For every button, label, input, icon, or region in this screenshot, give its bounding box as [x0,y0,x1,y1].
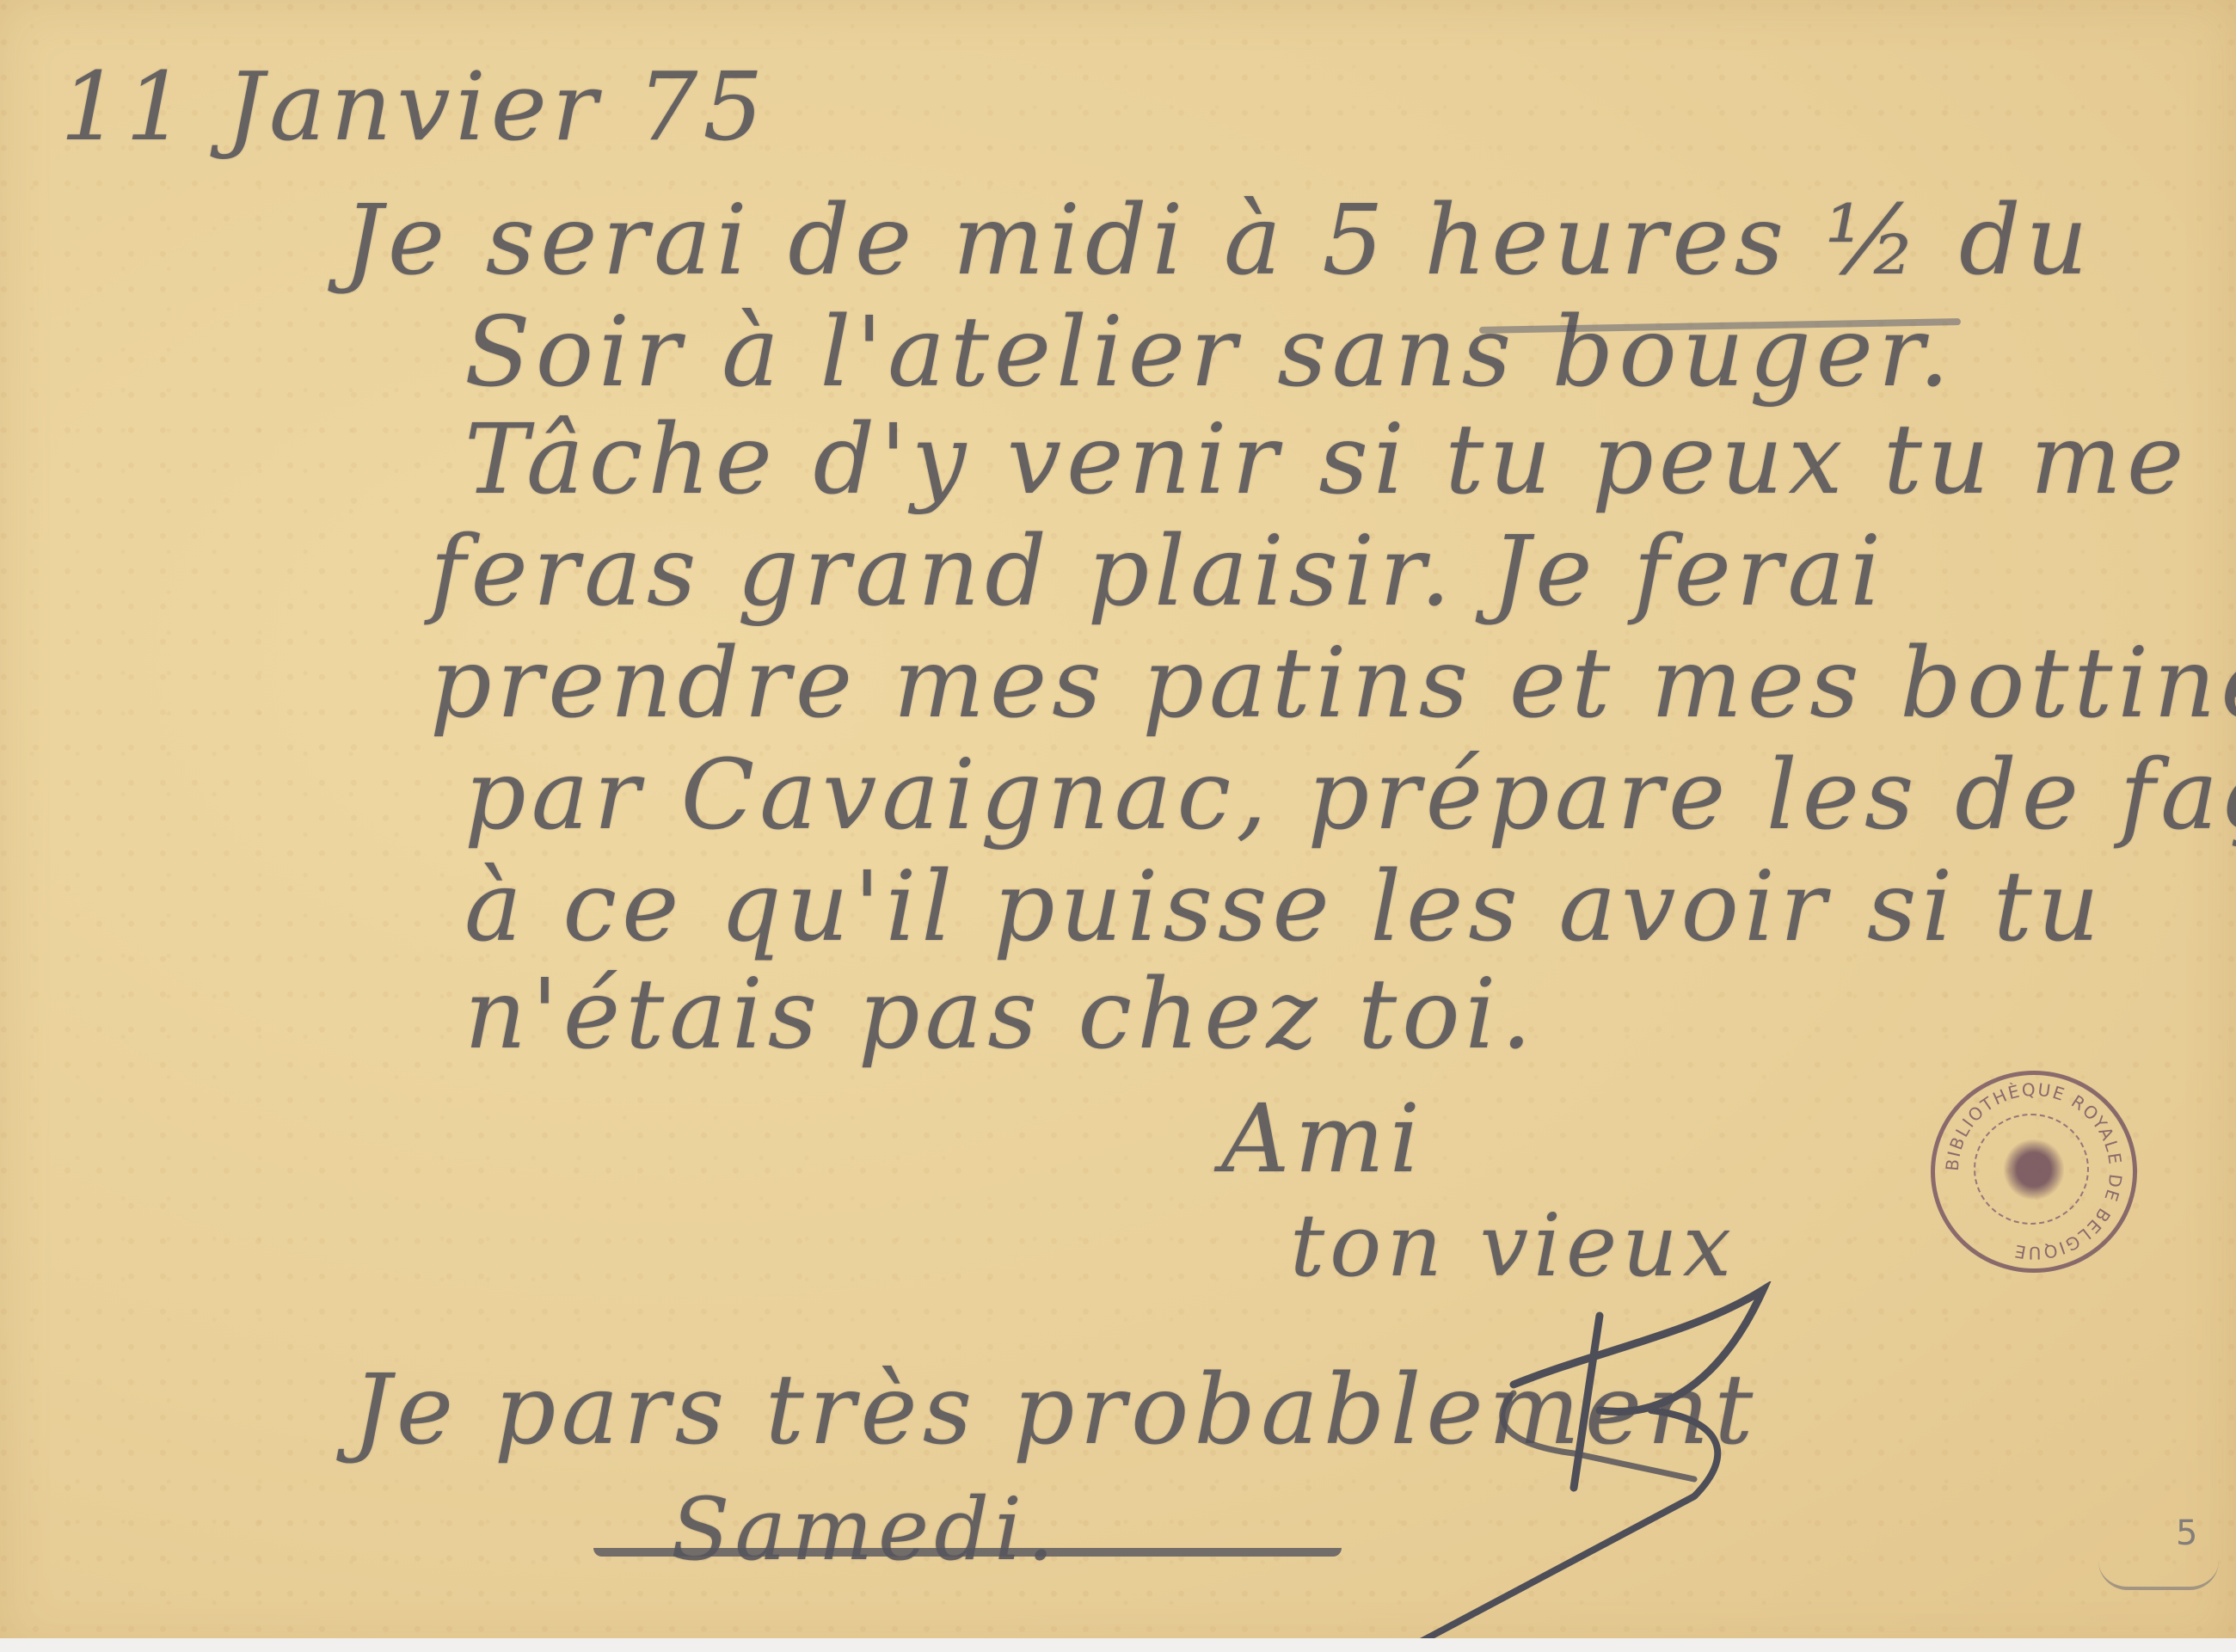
signature-monogram-icon [1316,1281,1849,1651]
scan-margin [0,1638,2236,1652]
body-line-4: feras grand plaisir. Je ferai [430,516,1886,628]
body-line-8: n'étais pas chez toi. [464,959,1537,1071]
body-line-2: Soir à l'atelier sans bouger. [464,297,1955,408]
body-line-7: à ce qu'il puisse les avoir si tu [464,851,2104,963]
svg-text:BIBLIOTHÈQUE ROYALE DE BELGIQU: BIBLIOTHÈQUE ROYALE DE BELGIQUE [1942,1079,2127,1263]
page-number: 5 [2176,1514,2197,1553]
library-stamp: BIBLIOTHÈQUE ROYALE DE BELGIQUE [1931,1071,2137,1273]
body-line-6: par Cavaignac, prépare les de façon [464,740,2236,851]
postscript-line-2: Samedi. [671,1479,1060,1580]
letter-card: 11 Janvier 75 Je serai de midi à 5 heure… [0,0,2236,1652]
body-line-5: prendre mes patins et mes bottines [430,628,2236,740]
postscript-underline [593,1548,1342,1557]
stamp-text-ring: BIBLIOTHÈQUE ROYALE DE BELGIQUE [1935,1075,2133,1268]
closing-line-1: Ami [1221,1084,1425,1194]
body-line-3: Tâche d'y venir si tu peux tu me [464,404,2189,516]
body-line-1: Je serai de midi à 5 heures ½ du [344,185,2093,297]
letter-date: 11 Janvier 75 [60,52,768,162]
page-mark-stroke [2098,1561,2219,1590]
